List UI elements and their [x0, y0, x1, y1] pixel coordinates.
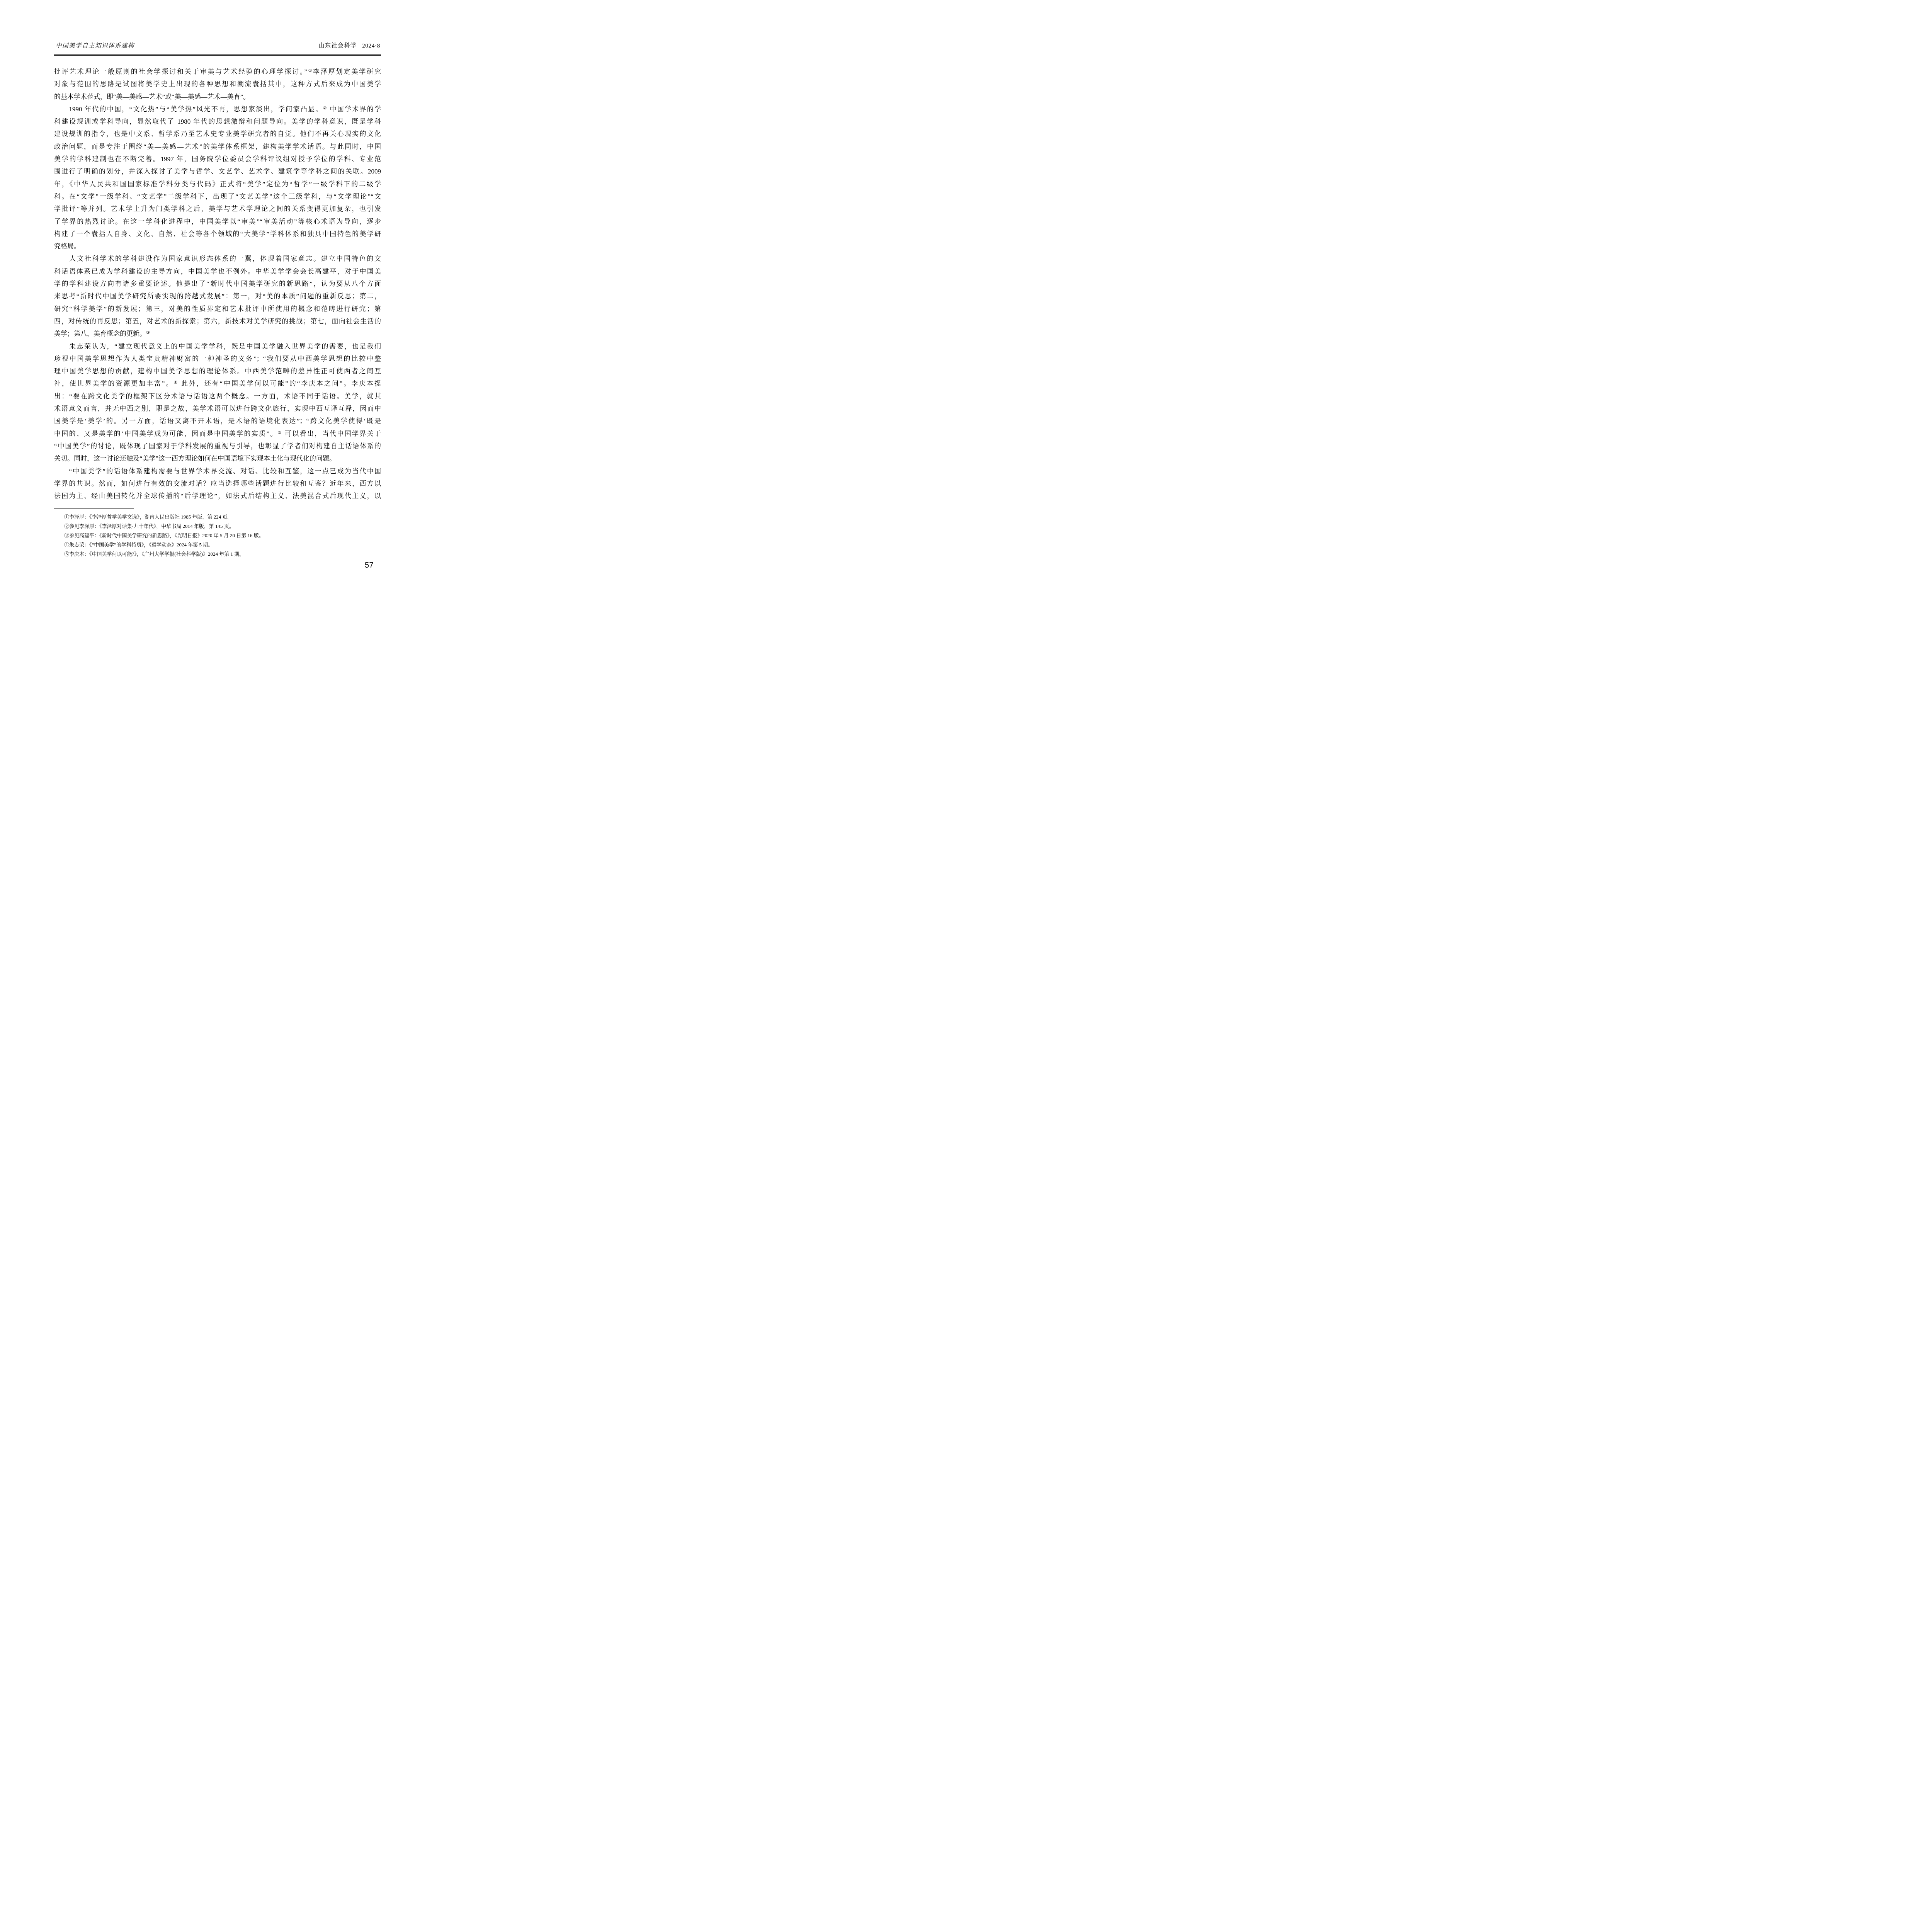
- footnote-item: ①李泽厚：《李泽厚哲学美学文选》，湖南人民出版社 1985 年版，第 224 页…: [54, 512, 381, 522]
- journal-name: 山东社会科学: [318, 43, 357, 49]
- body-line: 科。在“文学”一级学科、“文艺学”二级学科下，出现了“文艺美学”这个三级学科，与…: [54, 190, 381, 203]
- body-line: 补，使世界美学的资源更加丰富”。④ 此外，还有“中国美学何以可能”的“李庆本之问…: [54, 378, 381, 390]
- body-line: 学界的共识。然而，如何进行有效的交流对话？应当选择哪些话题进行比较和互鉴？近年来…: [54, 478, 381, 490]
- body-line: 政治问题，而是专注于围绕“美—美感—艺术”的美学体系框架，建构美学学术话语。与此…: [54, 141, 381, 153]
- footnote-item: ②参见李泽厚：《李泽厚对话集·九十年代》，中华书局 2014 年版，第 145 …: [54, 522, 381, 531]
- body-line: 美学的学科建制也在不断完善。1997 年，国务院学位委员会学科评议组对授予学位的…: [54, 153, 381, 165]
- body-line: 对象与范围的思路是试图将美学史上出现的各种思想和潮流囊括其中，这种方式后来成为中…: [54, 78, 381, 90]
- body-line: 科话语体系已成为学科建设的主导方向，中国美学也不例外。中华美学学会会长高建平，对…: [54, 265, 381, 278]
- footnote-ref: ④: [173, 381, 178, 385]
- body-line: 围进行了明确的划分，并深入探讨了美学与哲学、文艺学、艺术学、建筑学等学科之间的关…: [54, 165, 381, 178]
- body-line: 朱志荣认为，“建立现代意义上的中国美学学科，既是中国美学融入世界美学的需要，也是…: [54, 340, 381, 353]
- body-line: 国美学是‘美学’的。另一方面，话语又离不开术语，是术语的语境化表达”；“跨文化美…: [54, 415, 381, 427]
- footnote-item: ③参见高建平：《新时代中国美学研究的新思路》，《光明日报》2020 年 5 月 …: [54, 531, 381, 540]
- footnote-ref: ①: [307, 69, 313, 73]
- body-line: 理中国美学思想的贡献，建构中国美学思想的理论体系。中西美学范畴的差异性正可使两者…: [54, 365, 381, 378]
- body-line: 年，《中华人民共和国国家标准学科分类与代码》正式将“美学”定位为“哲学”一级学科…: [54, 178, 381, 190]
- header-rule: [54, 54, 381, 56]
- footnotes: ①李泽厚：《李泽厚哲学美学文选》，湖南人民出版社 1985 年版，第 224 页…: [54, 512, 381, 559]
- body-line: 科建设规训或学科导向，显然取代了 1980 年代的思想激辩和问题导向。美学的学科…: [54, 116, 381, 128]
- journal-info: 山东社会科学2024·8: [318, 41, 380, 49]
- body-line: 批评艺术理论一般原则的社会学探讨和关于审美与艺术经验的心理学探讨。”①李泽厚划定…: [54, 66, 381, 78]
- footnote-separator: [54, 508, 134, 509]
- body-line: 建设规训的指令，也是中文系、哲学系乃至艺术史专业美学研究者的自觉。他们不再关心现…: [54, 128, 381, 140]
- body-line: 人文社科学术的学科建设作为国家意识形态体系的一翼，体现着国家意志。建立中国特色的…: [54, 253, 381, 265]
- body-line: 研究“科学美学”的新发展；第三，对美的性质界定和艺术批评中所使用的概念和范畴进行…: [54, 303, 381, 315]
- journal-issue: 2024·8: [362, 43, 380, 49]
- body-text: 批评艺术理论一般原则的社会学探讨和关于审美与艺术经验的心理学探讨。”①李泽厚划定…: [54, 66, 381, 502]
- body-line: 构建了一个囊括人自身、文化、自然、社会等各个领域的“大美学”学科体系和独具中国特…: [54, 228, 381, 240]
- running-header: 中国美学自主知识体系建构 山东社会科学2024·8: [54, 41, 381, 50]
- body-line: 法国为主、经由美国转化并全球传播的“后学理论”，如法式后结构主义、法美混合式后现…: [54, 490, 381, 502]
- body-line: 关切。同时，这一讨论还触及“美学”这一西方理论如何在中国语境下实现本土化与现代化…: [54, 452, 381, 465]
- footnote-ref: ⑤: [278, 431, 282, 435]
- footnote-item: ④朱志荣：《“中国美学”的学科特质》，《哲学动态》2024 年第 5 期。: [54, 540, 381, 549]
- page-number: 57: [365, 561, 374, 570]
- body-line: “中国美学”的讨论，既体现了国家对于学科发展的重视与引导，也彰显了学者们对构建自…: [54, 440, 381, 452]
- body-line: 了学界的热烈讨论。在这一学科化进程中，中国美学以“审美”“审美活动”等核心术语为…: [54, 216, 381, 228]
- body-line: 1990 年代的中国，“文化热”与“美学热”风光不再，思想家淡出，学问家凸显。②…: [54, 103, 381, 116]
- body-line: 中国的、又是美学的’中国美学成为可能，因而是中国美学的实质”。⑤ 可以看出，当代…: [54, 428, 381, 440]
- running-title: 中国美学自主知识体系建构: [56, 41, 134, 49]
- body-line: 究格局。: [54, 240, 381, 253]
- body-line: 学的学科建设方向有诸多重要论述。他提出了“新时代中国美学研究的新思路”，认为要从…: [54, 278, 381, 290]
- footnote-ref: ③: [146, 331, 150, 335]
- body-line: 来思考“新时代中国美学研究所要实现的跨越式发展”：第一，对“美的本质”问题的重新…: [54, 290, 381, 303]
- body-line: 学批评”等并列。艺术学上升为门类学科之后，美学与艺术学理论之间的关系变得更加复杂…: [54, 203, 381, 215]
- body-line: 的基本学术范式，即“美—美感—艺术”或“美—美感—艺术—美育”。: [54, 91, 381, 103]
- footnote-ref: ②: [323, 106, 327, 111]
- body-line: 美学；第八，美育概念的更新。③: [54, 328, 381, 340]
- body-line: 珍视中国美学思想作为人类宝贵精神财富的一种神圣的义务”；“我们要从中西美学思想的…: [54, 353, 381, 365]
- body-line: 出：“要在跨文化美学的框架下区分术语与话语这两个概念。一方面，术语不同于话语。美…: [54, 390, 381, 403]
- footnote-item: ⑤李庆本：《中国美学何以可能?》，《广州大学学报(社会科学版)》2024 年第 …: [54, 549, 381, 559]
- body-line: “中国美学”的话语体系建构需要与世界学术界交流、对话、比较和互鉴，这一点已成为当…: [54, 465, 381, 478]
- body-line: 术语意义而言，并无中西之别，职是之故，美学术语可以进行跨文化旅行，实现中西互译互…: [54, 403, 381, 415]
- journal-page: 中国美学自主知识体系建构 山东社会科学2024·8 批评艺术理论一般原则的社会学…: [0, 0, 429, 607]
- body-line: 四，对传统的再反思；第五，对艺术的新探索；第六，新技术对美学研究的挑战；第七，面…: [54, 315, 381, 328]
